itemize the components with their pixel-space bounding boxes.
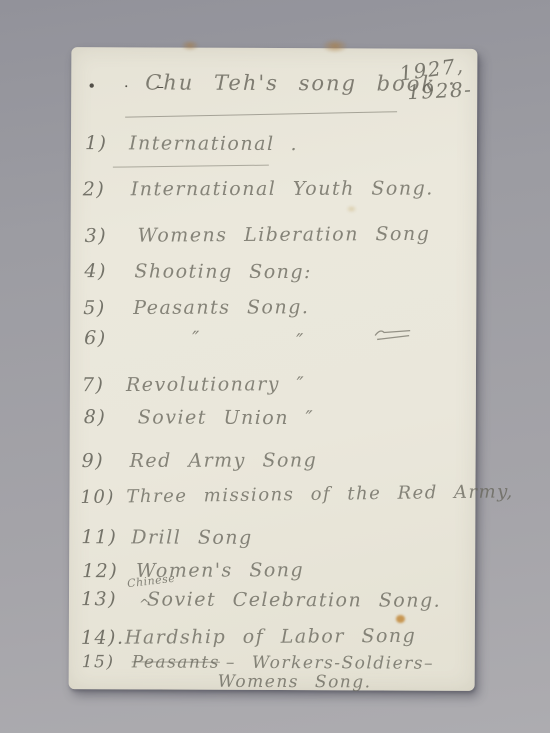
- item-text: Red Army Song: [130, 449, 318, 471]
- item-number: 6): [84, 327, 128, 349]
- list-item-7: 7)Revolutionary ″: [82, 373, 305, 396]
- item-text: Peasants Song.: [133, 296, 309, 319]
- ditto-mark: ″: [296, 330, 305, 352]
- item-number: 14).: [81, 627, 125, 649]
- struck-word: Peasants: [132, 652, 220, 672]
- item-text: International Youth Song.: [131, 177, 434, 200]
- item-number: 10): [80, 486, 124, 508]
- title-text: Chu Teh's song book: [145, 70, 436, 95]
- item-number: 13): [81, 588, 125, 610]
- item-text: Revolutionary ″: [126, 373, 305, 396]
- stain: [396, 615, 405, 623]
- list-item-6: 6) ″ ″: [84, 327, 464, 355]
- title-years: 1927, 1928-: [399, 57, 472, 103]
- document-page: • · – Chu Teh's song book· 1927, 1928- 1…: [69, 47, 478, 691]
- item-number: 11): [81, 526, 125, 548]
- list-item-11: 11)Drill Song: [81, 526, 253, 549]
- item-text: – Workers-Soldiers–: [226, 653, 434, 674]
- stain: [346, 205, 357, 213]
- item-number: 3): [85, 225, 129, 247]
- item-number: 12): [82, 560, 126, 582]
- list-item-14: 14).Hardship of Labor Song: [81, 625, 417, 649]
- list-item-1: 1)International.: [85, 132, 298, 155]
- list-item-4: 4)Shooting Song:: [84, 260, 312, 283]
- list-item-15: 15)Peasants– Workers-Soldiers– Womens So…: [82, 652, 434, 674]
- list-item-9: 9)Red Army Song: [82, 449, 318, 472]
- item-text: Drill Song: [131, 526, 253, 549]
- item-text: Womens Liberation Song: [138, 223, 431, 247]
- list-item-8: 8)Soviet Union ″: [84, 406, 314, 429]
- item-1-underline: [113, 165, 269, 168]
- item-text: Three missions of the Red Army,: [126, 481, 513, 507]
- item-number: 2): [83, 178, 127, 200]
- list-item-10: 10)Three missions of the Red Army,: [80, 481, 513, 508]
- stain: [322, 39, 348, 53]
- item-text: Shooting Song:: [134, 260, 312, 283]
- title-underline: [125, 111, 397, 117]
- item-number: 1): [85, 132, 129, 154]
- item-number: 8): [84, 406, 128, 428]
- item-number: 5): [83, 297, 127, 319]
- insertion-caret: ^: [139, 597, 151, 612]
- list-item-13: Chinese ^ 13)Soviet Celebration Song.: [81, 588, 441, 612]
- ditto-mark: ″: [192, 328, 201, 350]
- item-period: .: [290, 133, 298, 155]
- photo-background: • · – Chu Teh's song book· 1927, 1928- 1…: [0, 0, 550, 733]
- scratched-out-mark: [372, 326, 414, 348]
- item-text: Soviet Celebration Song.: [147, 588, 441, 611]
- item-number: 4): [84, 260, 128, 282]
- item-text: Hardship of Labor Song: [125, 625, 417, 649]
- item-number: 15): [82, 652, 126, 672]
- list-item-3: 3)Womens Liberation Song: [85, 223, 431, 247]
- stain: [181, 40, 199, 51]
- year-1928: 1928-: [407, 77, 473, 104]
- item-text: Soviet Union ″: [138, 406, 314, 429]
- item-number: 7): [82, 374, 126, 396]
- list-item-12: 12)Women's Song: [82, 559, 304, 582]
- item-text-line2: Womens Song.: [218, 672, 372, 693]
- item-text: International: [129, 132, 275, 155]
- list-item-2: 2)International Youth Song.: [83, 177, 434, 200]
- list-item-5: 5)Peasants Song.: [83, 296, 309, 319]
- item-number: 9): [82, 450, 126, 472]
